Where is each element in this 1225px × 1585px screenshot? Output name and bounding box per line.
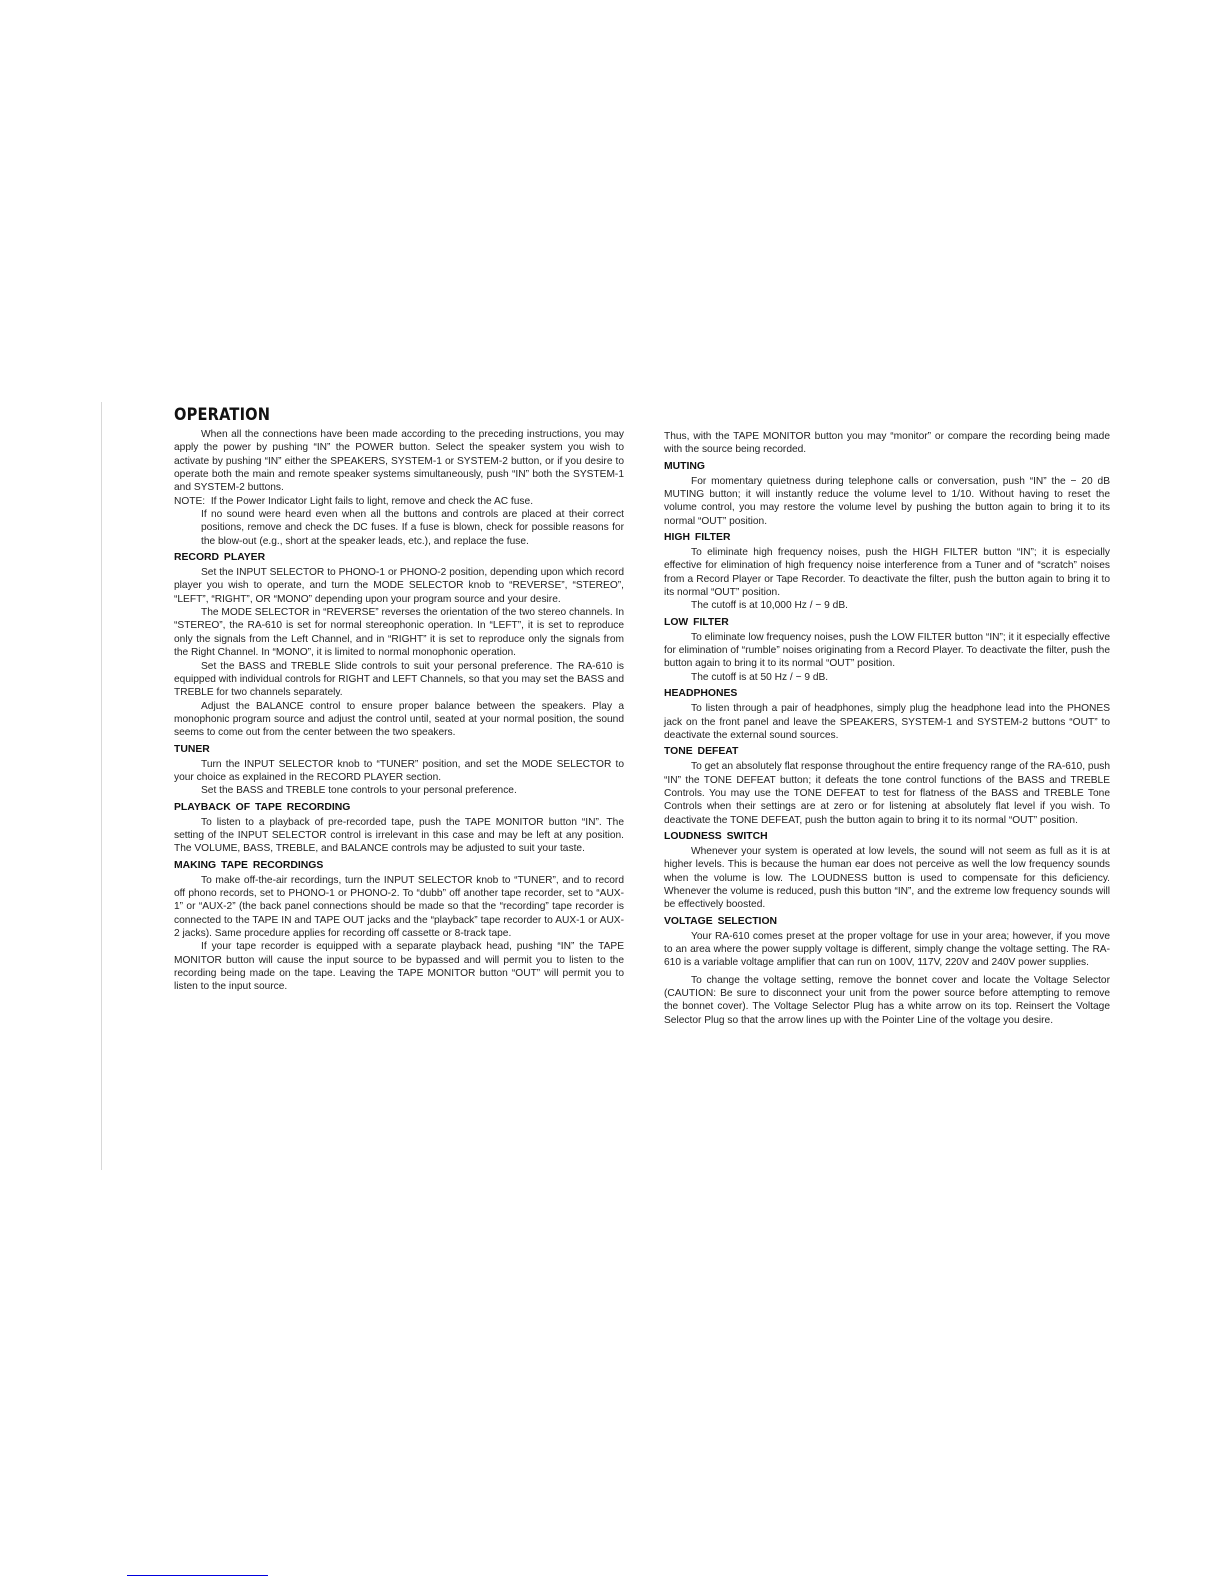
cutoff-low: The cutoff is at 50 Hz / − 9 dB. xyxy=(664,671,1110,684)
paragraph: To change the voltage setting, remove th… xyxy=(664,974,1110,1027)
scan-margin-line xyxy=(101,402,102,1170)
intro-paragraph: When all the connections have been made … xyxy=(174,428,624,495)
heading-high-filter: HIGH FILTER xyxy=(664,531,1110,545)
note-first-text: If the Power Indicator Light fails to li… xyxy=(211,496,533,507)
note-body: If no sound were heard even when all the… xyxy=(174,508,624,548)
paragraph: To eliminate low frequency noises, push … xyxy=(664,631,1110,671)
paragraph: Your RA-610 comes preset at the proper v… xyxy=(664,930,1110,970)
paragraph: Set the BASS and TREBLE tone controls to… xyxy=(174,784,624,797)
paragraph: Adjust the BALANCE control to ensure pro… xyxy=(174,700,624,740)
heading-record-player: RECORD PLAYER xyxy=(174,551,624,565)
left-column: OPERATION When all the connections have … xyxy=(174,404,624,994)
paragraph: For momentary quietness during telephone… xyxy=(664,475,1110,528)
heading-loudness-switch: LOUDNESS SWITCH xyxy=(664,830,1110,844)
paragraph: To eliminate high frequency noises, push… xyxy=(664,546,1110,599)
heading-voltage-selection: VOLTAGE SELECTION xyxy=(664,915,1110,929)
heading-making-tape-recordings: MAKING TAPE RECORDINGS xyxy=(174,859,624,873)
paragraph: Whenever your system is operated at low … xyxy=(664,845,1110,912)
heading-headphones: HEADPHONES xyxy=(664,687,1110,701)
paragraph: To make off-the-air recordings, turn the… xyxy=(174,874,624,941)
paragraph: The MODE SELECTOR in “REVERSE” reverses … xyxy=(174,606,624,659)
continuation-paragraph: Thus, with the TAPE MONITOR button you m… xyxy=(664,430,1110,457)
heading-tuner: TUNER xyxy=(174,743,624,757)
paragraph: To listen to a playback of pre-recorded … xyxy=(174,816,624,856)
paragraph: If your tape recorder is equipped with a… xyxy=(174,940,624,993)
right-column: Thus, with the TAPE MONITOR button you m… xyxy=(664,430,1110,1027)
note-label: NOTE: xyxy=(174,496,205,507)
paragraph: To listen through a pair of headphones, … xyxy=(664,702,1110,742)
note-first-line: NOTE: If the Power Indicator Light fails… xyxy=(174,495,624,508)
paragraph: Set the BASS and TREBLE Slide controls t… xyxy=(174,660,624,700)
paragraph: Set the INPUT SELECTOR to PHONO-1 or PHO… xyxy=(174,566,624,606)
paragraph: To get an absolutely flat response throu… xyxy=(664,760,1110,827)
page-title: OPERATION xyxy=(174,404,561,426)
heading-tone-defeat: TONE DEFEAT xyxy=(664,745,1110,759)
heading-low-filter: LOW FILTER xyxy=(664,616,1110,630)
footer-rule xyxy=(127,1575,268,1576)
heading-playback-of-tape-recording: PLAYBACK OF TAPE RECORDING xyxy=(174,801,624,815)
paragraph: Turn the INPUT SELECTOR knob to “TUNER” … xyxy=(174,758,624,785)
heading-muting: MUTING xyxy=(664,460,1110,474)
cutoff-high: The cutoff is at 10,000 Hz / − 9 dB. xyxy=(664,599,1110,612)
note-block: NOTE: If the Power Indicator Light fails… xyxy=(174,495,624,548)
